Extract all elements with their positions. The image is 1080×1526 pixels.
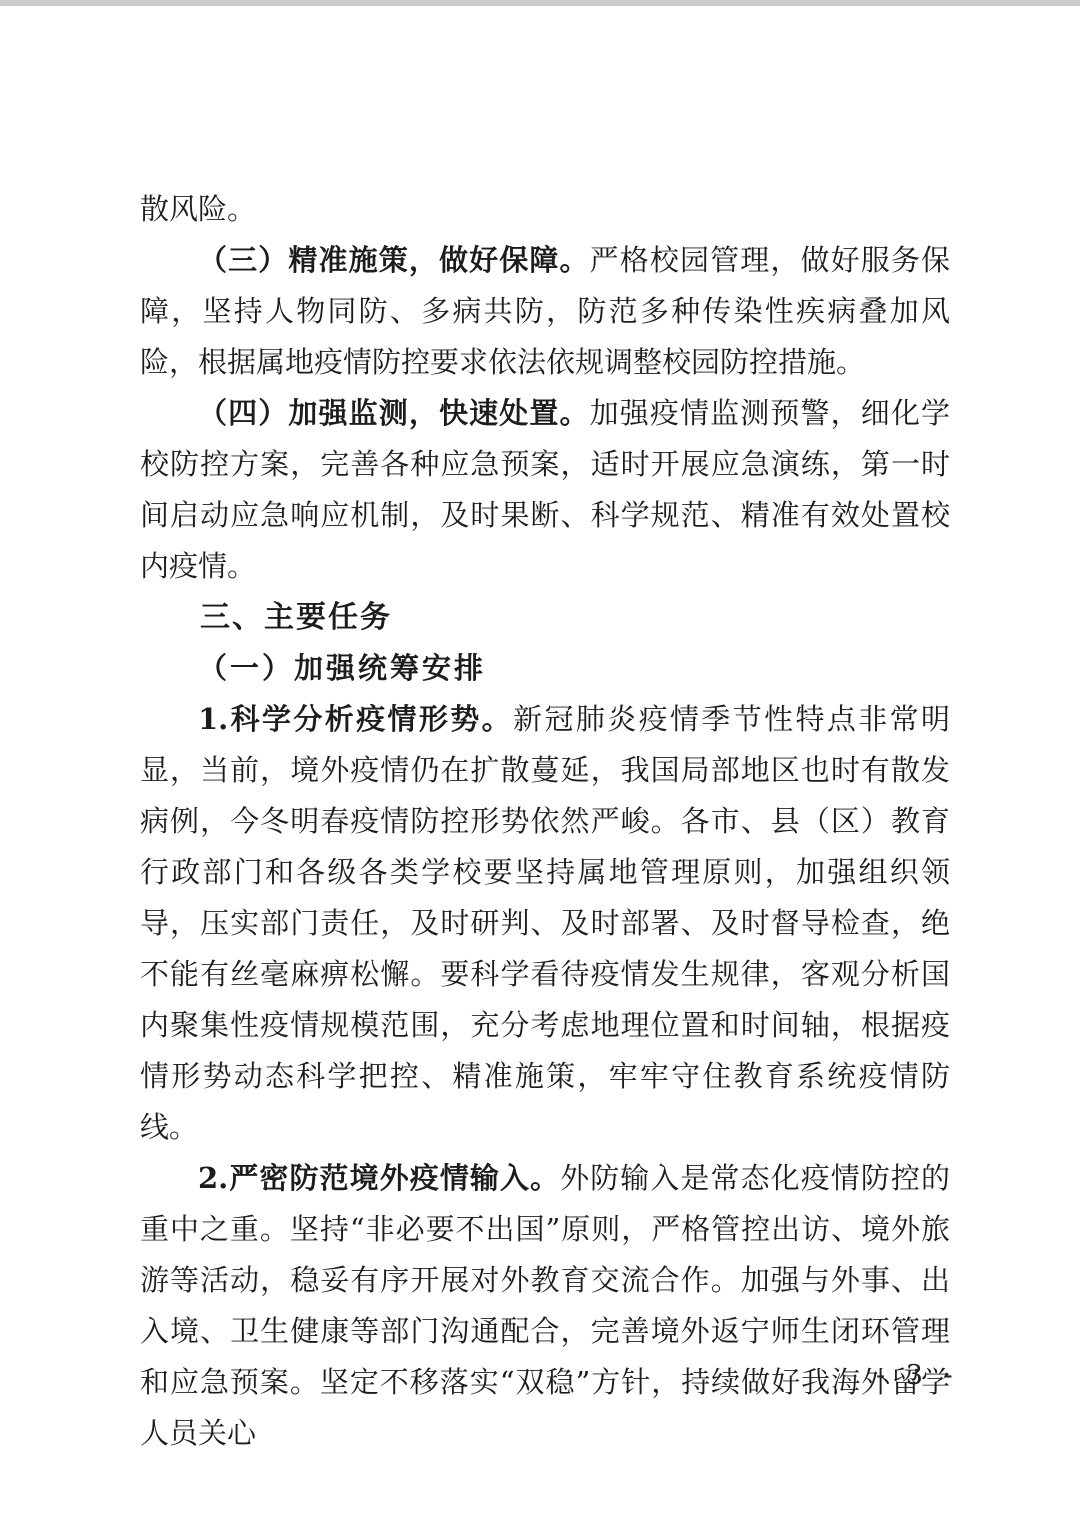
paragraph-text: 散风险。 (140, 192, 256, 226)
paragraph-text: 外防输入是常态化疫情防控的重中之重。坚持“非必要不出国”原则，严格管控出访、境外… (140, 1161, 950, 1450)
paragraph-bold-lead: （三）精准施策，做好保障。 (198, 243, 590, 277)
paragraph-task-1: 1.科学分析疫情形势。新冠肺炎疫情季节性特点非常明显，当前，境外疫情仍在扩散蔓延… (140, 694, 950, 1153)
paragraph-bold-lead: 1.科学分析疫情形势。 (198, 702, 513, 736)
paragraph-continuation: 散风险。 (140, 184, 950, 235)
section-heading-main-tasks: 三、主要任务 (140, 592, 950, 643)
page-number: - 3 - (876, 1360, 959, 1391)
viewer-top-edge (0, 0, 1080, 6)
paragraph-task-2: 2.严密防范境外疫情输入。外防输入是常态化疫情防控的重中之重。坚持“非必要不出国… (140, 1153, 950, 1459)
paragraph-bold-lead: 2.严密防范境外疫情输入。 (198, 1161, 560, 1195)
subsection-heading-overall-planning: （一）加强统筹安排 (140, 643, 950, 694)
paragraph-bold-lead: （四）加强监测，快速处置。 (198, 396, 590, 430)
paragraph-section-4: （四）加强监测，快速处置。加强疫情监测预警，细化学校防控方案，完善各种应急预案，… (140, 388, 950, 592)
document-body: 散风险。 （三）精准施策，做好保障。严格校园管理，做好服务保障，坚持人物同防、多… (140, 184, 950, 1459)
paragraph-text: 新冠肺炎疫情季节性特点非常明显，当前，境外疫情仍在扩散蔓延，我国局部地区也时有散… (140, 702, 950, 1144)
paragraph-section-3: （三）精准施策，做好保障。严格校园管理，做好服务保障，坚持人物同防、多病共防，防… (140, 235, 950, 388)
